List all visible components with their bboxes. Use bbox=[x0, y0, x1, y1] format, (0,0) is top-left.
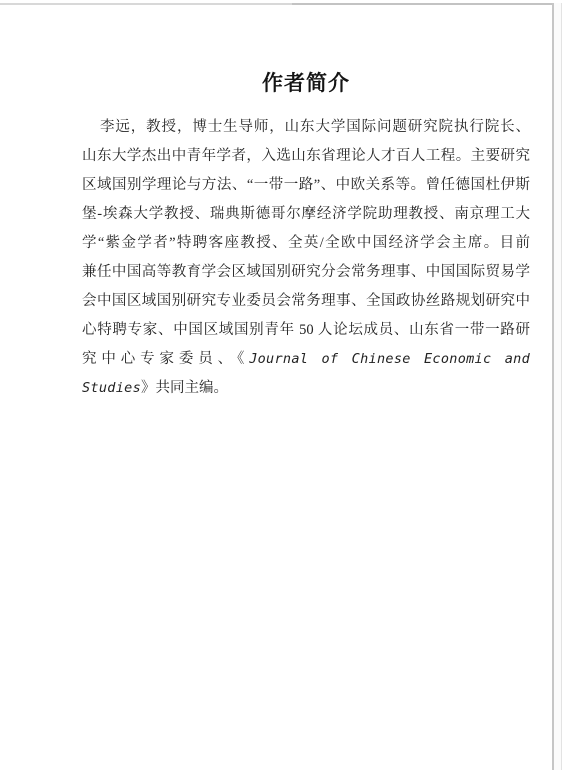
text-line: 李远，教授，博士生导师，山东大学国际问题研究院执行院长、 bbox=[82, 113, 530, 142]
author-bio-paragraph: 李远，教授，博士生导师，山东大学国际问题研究院执行院长、山东大学杰出中青年学者，… bbox=[82, 113, 530, 403]
text-line: 兼任中国高等教育学会区域国别研究分会常务理事、中国国际贸易学 bbox=[82, 258, 530, 287]
page-content: 作者简介 李远，教授，博士生导师，山东大学国际问题研究院执行院长、山东大学杰出中… bbox=[82, 70, 530, 403]
bio-text: 李远，教授，博士生导师，山东大学国际问题研究院执行院长、 bbox=[100, 119, 530, 135]
bio-text: 究中心专家委员、《 bbox=[82, 351, 249, 367]
text-line: 究中心专家委员、《Journal of Chinese Economic and… bbox=[82, 345, 530, 374]
bio-text: 兼任中国高等教育学会区域国别研究分会常务理事、中国国际贸易学 bbox=[82, 264, 530, 280]
bio-text: 堡-埃森大学教授、瑞典斯德哥尔摩经济学院助理教授、南京理工大 bbox=[82, 206, 530, 222]
text-line: 区域国别学理论与方法、“一带一路”、中欧关系等。曾任德国杜伊斯 bbox=[82, 171, 530, 200]
bio-text: 山东大学杰出中青年学者，入选山东省理论人才百人工程。主要研究 bbox=[82, 148, 530, 164]
text-line: Studies》共同主编。 bbox=[82, 374, 530, 403]
bio-text: 区域国别学理论与方法、“一带一路”、中欧关系等。曾任德国杜伊斯 bbox=[82, 177, 530, 193]
bio-text: 学“紫金学者”特聘客座教授、全英/全欧中国经济学会主席。目前 bbox=[82, 235, 530, 251]
text-line: 山东大学杰出中青年学者，入选山东省理论人才百人工程。主要研究 bbox=[82, 142, 530, 171]
page-title: 作者简介 bbox=[82, 70, 530, 96]
document-page: 作者简介 李远，教授，博士生导师，山东大学国际问题研究院执行院长、山东大学杰出中… bbox=[0, 0, 562, 770]
bio-text: 会中国区域国别研究专业委员会常务理事、全国政协丝路规划研究中 bbox=[82, 293, 530, 309]
bio-text: 》共同主编。 bbox=[141, 380, 228, 396]
page-margin-strip bbox=[554, 3, 562, 770]
text-line: 学“紫金学者”特聘客座教授、全英/全欧中国经济学会主席。目前 bbox=[82, 229, 530, 258]
text-line: 堡-埃森大学教授、瑞典斯德哥尔摩经济学院助理教授、南京理工大 bbox=[82, 200, 530, 229]
journal-name-text: Studies bbox=[82, 380, 141, 396]
page-top-edge bbox=[0, 3, 562, 5]
text-line: 会中国区域国别研究专业委员会常务理事、全国政协丝路规划研究中 bbox=[82, 287, 530, 316]
bio-text: 心特聘专家、中国区域国别青年 50 人论坛成员、山东省一带一路研 bbox=[82, 322, 530, 338]
text-line: 心特聘专家、中国区域国别青年 50 人论坛成员、山东省一带一路研 bbox=[82, 316, 530, 345]
